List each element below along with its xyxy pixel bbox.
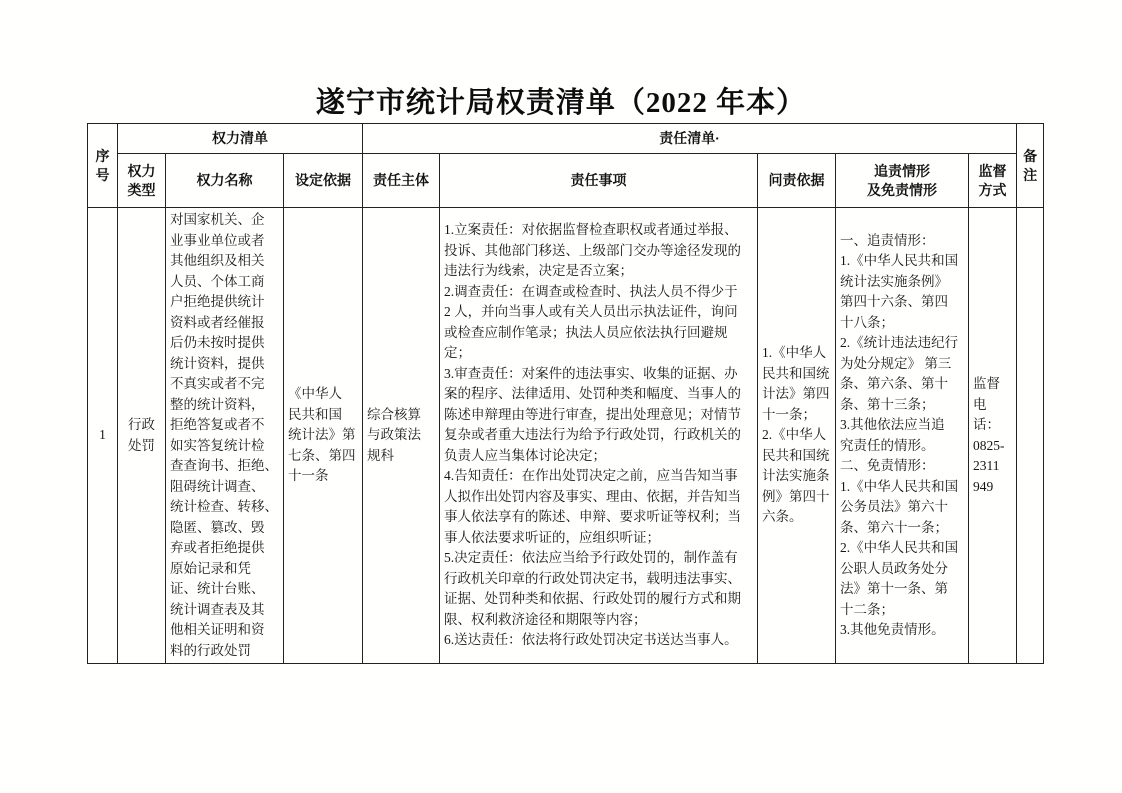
header-power-list-group: 权力清单: [118, 124, 363, 154]
page-title: 遂宁市统计局权责清单（2022 年本）: [0, 80, 1122, 121]
header-group-row: 序 号 权力清单 责任清单· 备 注: [88, 124, 1044, 154]
cell-responsible-entity: 综合核算 与政策法 规科: [363, 208, 440, 664]
table-header: 序 号 权力清单 责任清单· 备 注 权力 类型 权力名称 设定依据 责任主体 …: [88, 124, 1044, 208]
cell-accountability-basis: 1.《中华人 民共和国统 计法》第四 十一条； 2.《中华人 民共和国统 计法实…: [758, 208, 836, 664]
cell-supervision-method: 监督 电 话： 0825- 2311 949: [969, 208, 1017, 664]
table-row: 1 行政 处罚 对国家机关、企 业事业单位或者 其他组织及相关 人员、个体工商 …: [88, 208, 1044, 664]
header-power-name: 权力名称: [166, 154, 284, 208]
header-remarks: 备 注: [1017, 124, 1044, 208]
rights-responsibilities-table: 序 号 权力清单 责任清单· 备 注 权力 类型 权力名称 设定依据 责任主体 …: [87, 123, 1044, 664]
header-supervision-method: 监督 方式: [969, 154, 1017, 208]
cell-power-name: 对国家机关、企 业事业单位或者 其他组织及相关 人员、个体工商 户拒绝提供统计 …: [166, 208, 284, 664]
header-responsible-entity: 责任主体: [363, 154, 440, 208]
cell-remarks: [1017, 208, 1044, 664]
header-responsibility-list-group: 责任清单·: [363, 124, 1017, 154]
cell-power-type: 行政 处罚: [118, 208, 166, 664]
header-power-type: 权力 类型: [118, 154, 166, 208]
cell-liability-circumstances: 一、追责情形： 1.《中华人民共和国 统计法实施条例》 第四十六条、第四 十八条…: [836, 208, 969, 664]
header-column-row: 权力 类型 权力名称 设定依据 责任主体 责任事项 问责依据 追责情形 及免责情…: [88, 154, 1044, 208]
header-setting-basis: 设定依据: [284, 154, 363, 208]
header-liability-circumstances: 追责情形 及免责情形: [836, 154, 969, 208]
cell-responsibility-items: 1.立案责任：对依据监督检查职权或者通过举报、 投诉、其他部门移送、上级部门交办…: [440, 208, 758, 664]
header-serial-number: 序 号: [88, 124, 118, 208]
cell-setting-basis: 《中华人 民共和国 统计法》第 七条、第四 十一条: [284, 208, 363, 664]
header-responsibility-items: 责任事项: [440, 154, 758, 208]
cell-serial-number: 1: [88, 208, 118, 664]
document-page: 遂宁市统计局权责清单（2022 年本） 序 号 权力清单 责任清单· 备 注 权…: [0, 0, 1122, 793]
header-accountability-basis: 问责依据: [758, 154, 836, 208]
